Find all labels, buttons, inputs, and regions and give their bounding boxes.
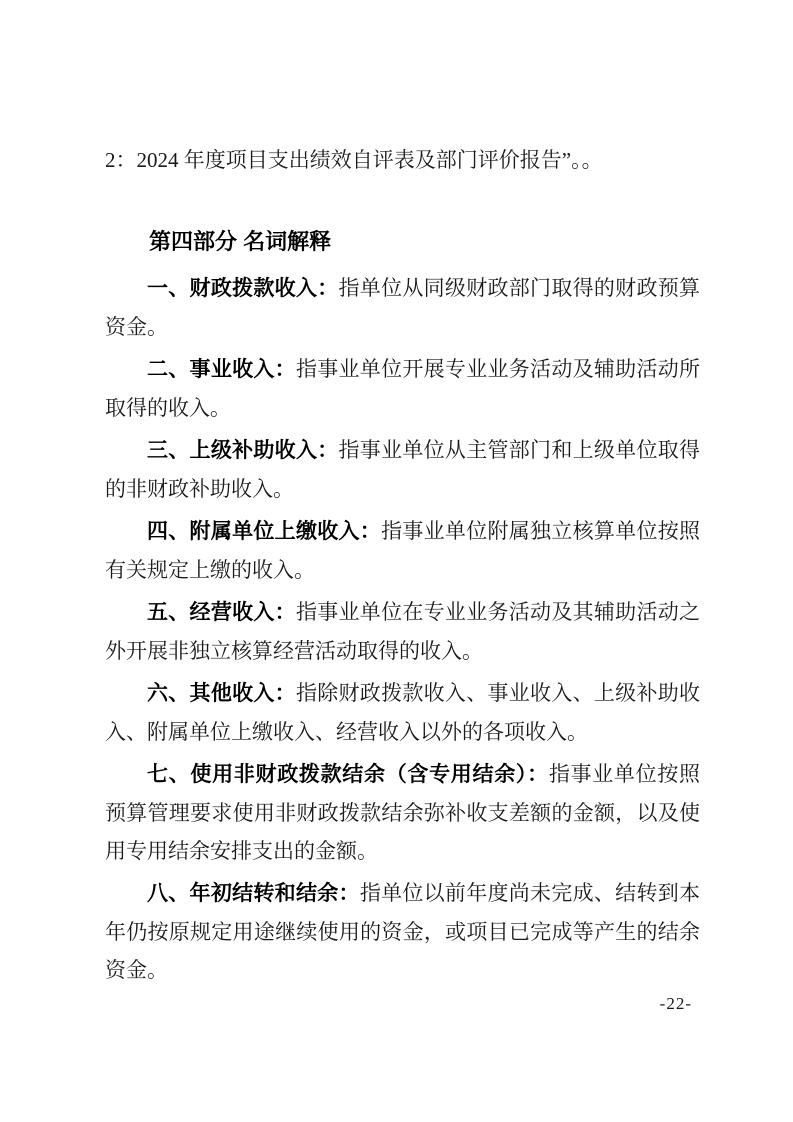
page-number: -22- [660,994,692,1014]
term-label: 八、年初结转和结余： [147,882,360,905]
term-paragraph: 二、事业收入：指事业单位开展专业业务活动及辅助活动所取得的收入。 [105,350,700,427]
term-label: 六、其他收入： [147,682,296,705]
term-label: 五、经营收入： [147,601,296,624]
term-label: 一、财政拨款收入： [147,277,339,300]
term-paragraph: 六、其他收入：指除财政拨款收入、事业收入、上级补助收入、附属单位上缴收入、经营收… [105,674,700,751]
term-paragraph: 五、经营收入：指事业单位在专业业务活动及其辅助活动之外开展非独立核算经营活动取得… [105,593,700,670]
document-page: 2：2024 年度项目支出绩效自评表及部门评价报告”。。 第四部分 名词解释 一… [0,0,793,1122]
term-label: 三、上级补助收入： [147,439,339,462]
term-paragraph: 八、年初结转和结余：指单位以前年度尚未完成、结转到本年仍按原规定用途继续使用的资… [105,874,700,989]
term-paragraph: 三、上级补助收入：指事业单位从主管部门和上级单位取得的非财政补助收入。 [105,431,700,508]
page-content: 2：2024 年度项目支出绩效自评表及部门评价报告”。。 第四部分 名词解释 一… [105,141,700,993]
term-paragraph: 一、财政拨款收入：指单位从同级财政部门取得的财政预算资金。 [105,269,700,346]
term-label: 七、使用非财政拨款结余（含专用结余）： [147,763,549,786]
section-heading: 第四部分 名词解释 [105,223,700,261]
term-label: 二、事业收入： [147,358,296,381]
term-paragraph: 七、使用非财政拨款结余（含专用结余）：指事业单位按照预算管理要求使用非财政拨款结… [105,755,700,870]
continuation-text: 2：2024 年度项目支出绩效自评表及部门评价报告”。。 [105,141,700,179]
term-label: 四、附属单位上缴收入： [147,520,381,543]
term-paragraph: 四、附属单位上缴收入：指事业单位附属独立核算单位按照有关规定上缴的收入。 [105,512,700,589]
